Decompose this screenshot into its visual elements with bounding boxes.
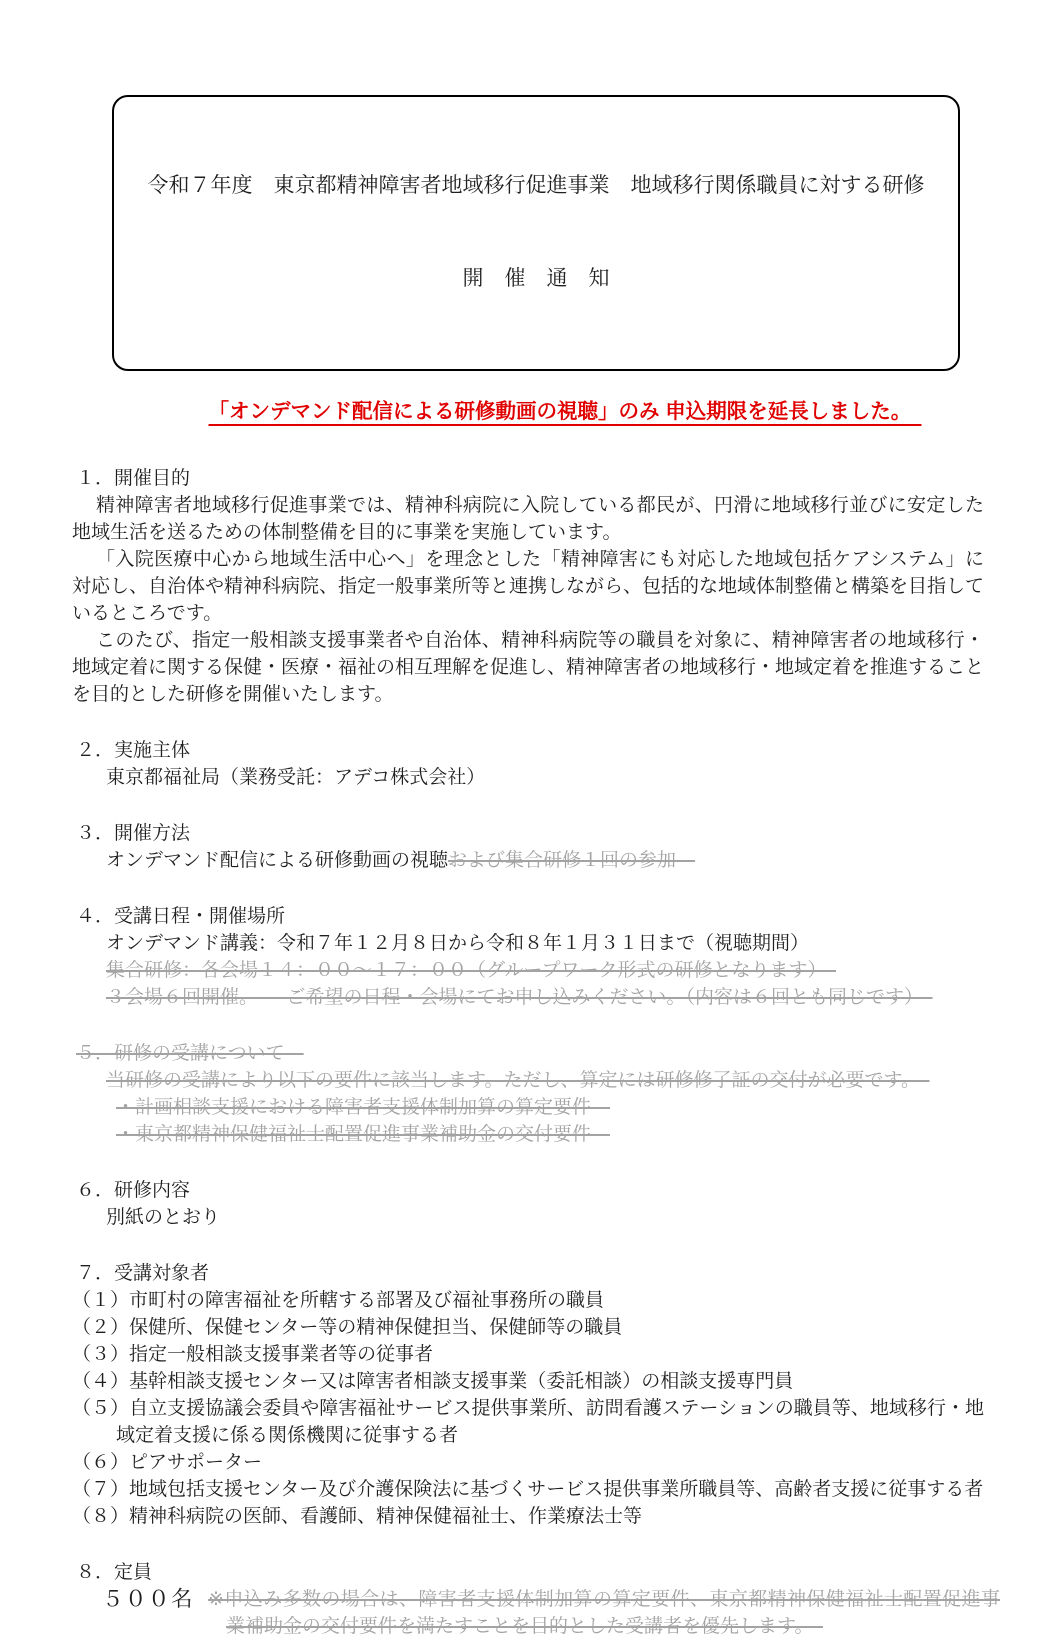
- section-6-body: 別紙のとおり: [106, 1204, 984, 1231]
- audience-item-5: （５）自立支援協議会委員や障害福祉サービス提供事業所、訪問看護ステーションの職員…: [72, 1395, 984, 1449]
- section-6-contents: ６．研修内容 別紙のとおり: [72, 1177, 984, 1231]
- section-4-line-group-struck: 集合研修：各会場１４：００～１７：００（グループワーク形式の研修となります）: [106, 957, 984, 984]
- title-box: 令和７年度 東京都精神障害者地域移行促進事業 地域移行関係職員に対する研修 開 …: [112, 95, 960, 371]
- section-3-body-struck: および集合研修１回の参加: [448, 850, 695, 871]
- document-body: １．開催目的 精神障害者地域移行促進事業では、精神科病院に入院している都民が、円…: [72, 465, 984, 1640]
- section-5-heading-struck: ５．研修の受講について: [76, 1040, 984, 1067]
- document-title-line1: 令和７年度 東京都精神障害者地域移行促進事業 地域移行関係職員に対する研修: [122, 170, 950, 201]
- section-4-line-ondemand: オンデマンド講義：令和７年１２月８日から令和８年１月３１日まで（視聴期間）: [106, 930, 984, 957]
- section-4-line-venues-struck: ３会場６回開催。 ご希望の日程・会場にてお申し込みください。（内容は６回とも同じ…: [106, 984, 984, 1011]
- section-6-heading: ６．研修内容: [76, 1177, 984, 1204]
- section-3-body: オンデマンド配信による研修動画の視聴および集合研修１回の参加: [106, 847, 984, 874]
- section-3-heading: ３．開催方法: [76, 820, 984, 847]
- section-1-paragraph-2: 「入院医療中心から地域生活中心へ」を理念とした「精神障害にも対応した地域包括ケア…: [72, 546, 984, 627]
- section-4-heading: ４．受講日程・開催場所: [76, 903, 984, 930]
- section-2-body: 東京都福祉局（業務受託：アデコ株式会社）: [106, 764, 984, 791]
- document-page: 令和７年度 東京都精神障害者地域移行促進事業 地域移行関係職員に対する研修 開 …: [0, 0, 1058, 1640]
- audience-item-8: （８）精神科病院の医師、看護師、精神保健福祉士、作業療法士等: [72, 1503, 984, 1530]
- section-8-row: ５００名 ※申込み多数の場合は、障害者支援体制加算の算定要件、東京都精神保健福祉…: [102, 1586, 984, 1640]
- notice-banner: 「オンデマンド配信による研修動画の視聴」のみ 申込期限を延長しました。: [72, 397, 1058, 427]
- audience-item-7: （７）地域包括支援センター及び介護保険法に基づくサービス提供事業所職員等、高齢者…: [72, 1476, 984, 1503]
- document-title-line2: 開 催 通 知: [122, 263, 950, 294]
- audience-item-4: （４）基幹相談支援センター又は障害者相談支援事業（委託相談）の相談支援専門員: [72, 1368, 984, 1395]
- section-5-requirements-struck: ５．研修の受講について 当研修の受講により以下の要件に該当します。ただし、算定に…: [72, 1040, 984, 1148]
- section-1-paragraph-3: このたび、指定一般相談支援事業者や自治体、精神科病院等の職員を対象に、精神障害者…: [72, 627, 984, 708]
- section-7-heading: ７．受講対象者: [76, 1260, 984, 1287]
- section-2-heading: ２．実施主体: [76, 737, 984, 764]
- capacity-value: ５００名: [102, 1586, 194, 1613]
- section-5-bullet-1-struck: ・計画相談支援における障害者支援体制加算の算定要件: [116, 1094, 984, 1121]
- capacity-note-struck: ※申込み多数の場合は、障害者支援体制加算の算定要件、東京都精神保健福祉士配置促進…: [208, 1586, 1000, 1640]
- audience-item-2: （２）保健所、保健センター等の精神保健担当、保健師等の職員: [72, 1314, 984, 1341]
- section-3-method: ３．開催方法 オンデマンド配信による研修動画の視聴および集合研修１回の参加: [72, 820, 984, 874]
- section-3-body-active: オンデマンド配信による研修動画の視聴: [106, 850, 448, 871]
- audience-item-1: （１）市町村の障害福祉を所轄する部署及び福祉事務所の職員: [72, 1287, 984, 1314]
- audience-item-6: （６）ピアサポーター: [72, 1449, 984, 1476]
- section-1-heading: １．開催目的: [76, 465, 984, 492]
- section-1-paragraph-1: 精神障害者地域移行促進事業では、精神科病院に入院している都民が、円滑に地域移行並…: [72, 492, 984, 546]
- section-5-bullet-2-struck: ・東京都精神保健福祉士配置促進事業補助金の交付要件: [116, 1121, 984, 1148]
- section-1-purpose: １．開催目的 精神障害者地域移行促進事業では、精神科病院に入院している都民が、円…: [72, 465, 984, 708]
- section-8-capacity: ８．定員 ５００名 ※申込み多数の場合は、障害者支援体制加算の算定要件、東京都精…: [72, 1559, 984, 1640]
- section-7-audience: ７．受講対象者 （１）市町村の障害福祉を所轄する部署及び福祉事務所の職員 （２）…: [72, 1260, 984, 1530]
- section-4-schedule: ４．受講日程・開催場所 オンデマンド講義：令和７年１２月８日から令和８年１月３１…: [72, 903, 984, 1011]
- section-8-heading: ８．定員: [76, 1559, 984, 1586]
- audience-item-3: （３）指定一般相談支援事業者等の従事者: [72, 1341, 984, 1368]
- section-2-organizer: ２．実施主体 東京都福祉局（業務受託：アデコ株式会社）: [72, 737, 984, 791]
- section-5-line-1-struck: 当研修の受講により以下の要件に該当します。ただし、算定には研修修了証の交付が必要…: [106, 1067, 984, 1094]
- notice-banner-text: 「オンデマンド配信による研修動画の視聴」のみ 申込期限を延長しました。: [209, 400, 922, 423]
